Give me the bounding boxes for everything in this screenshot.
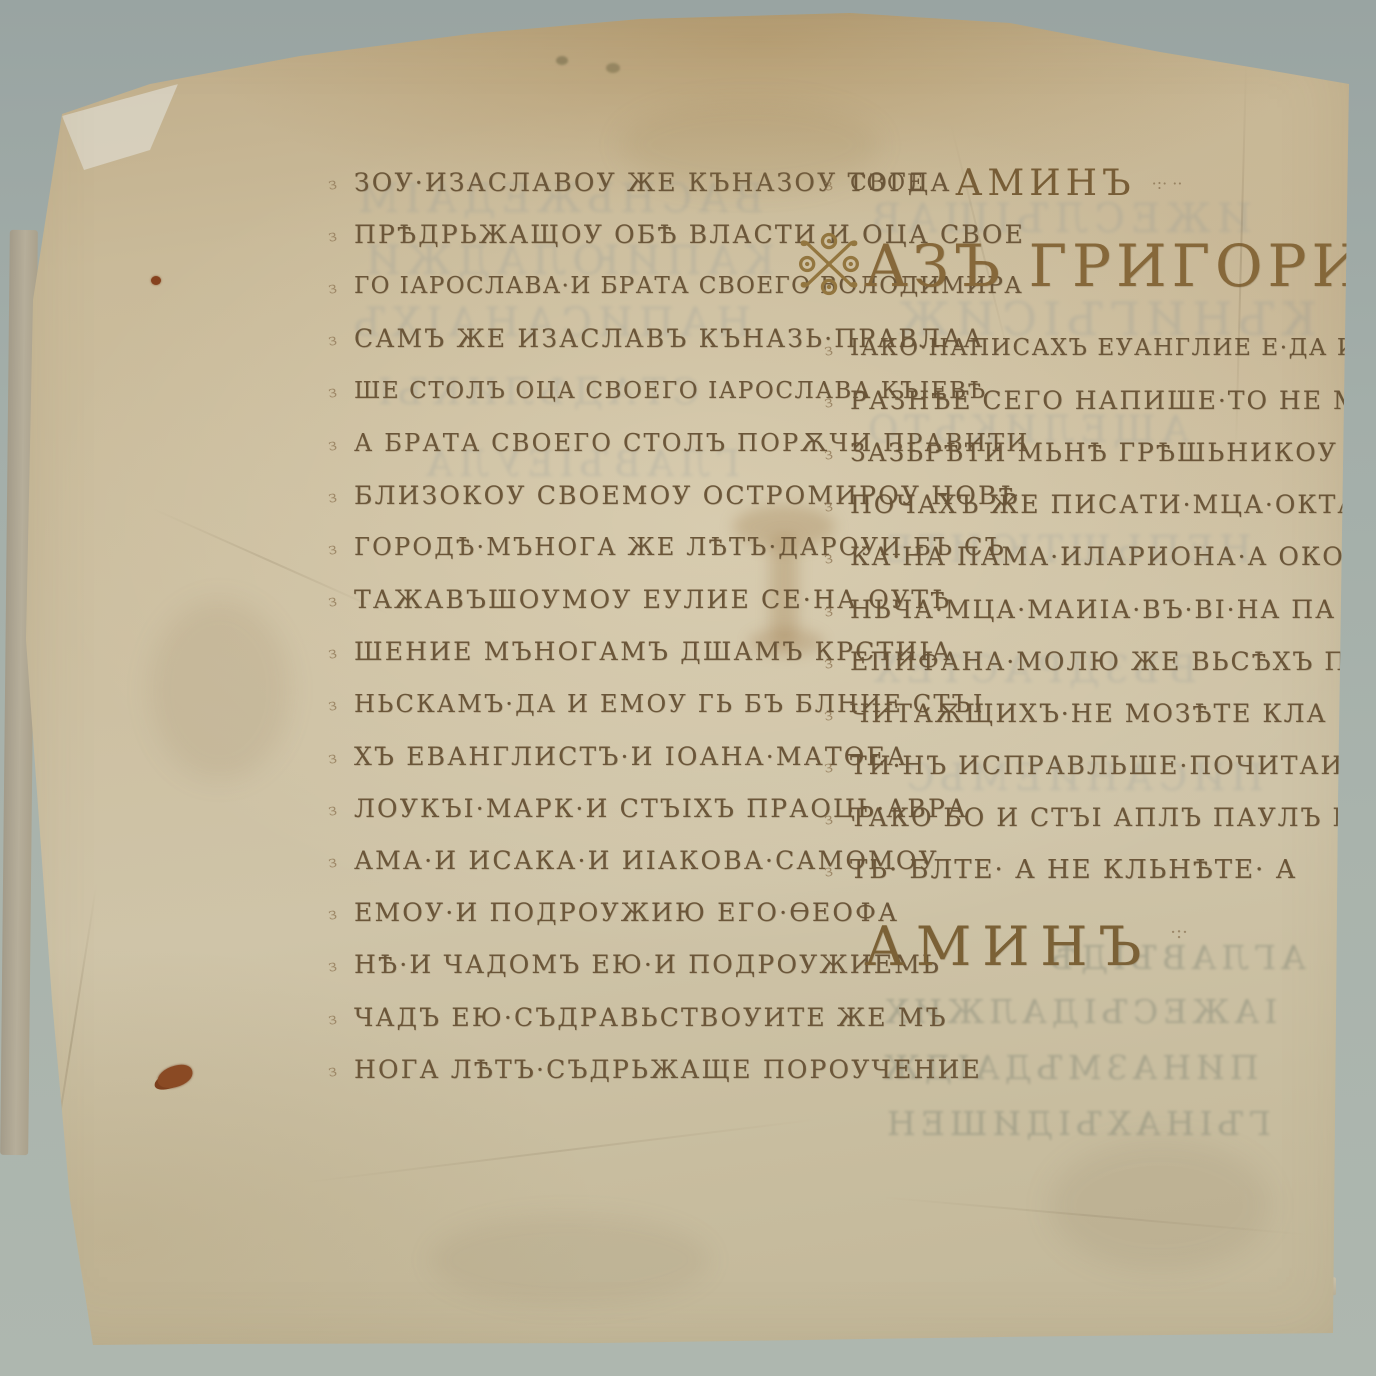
scribe-name-display-text: АЗЪ ГРИГОРИИ ДИ <box>864 232 1376 300</box>
line-marker: з <box>327 484 355 506</box>
line-marker: з <box>823 493 851 515</box>
parchment-crease <box>302 1118 818 1183</box>
red-ink-blot <box>151 276 161 285</box>
text-line: зХЪ ЕВАНГЛИСТЪ·И ІОАНА·МАТѲЕА <box>328 730 788 782</box>
line-text: ТАКО БО И СТЪІ АПЛЪ ПАУЛЪ ГЛЕ <box>850 803 1376 832</box>
text-line: зНЬЧА·МЦА·МАИІА·ВЪ·ВІ·НА ПА <box>824 583 1294 635</box>
line-marker: з <box>327 171 355 193</box>
text-line: зБЛИЗОКОУ СВОЕМОУ ОСТРОМИРОУ НОВѢ <box>328 469 788 521</box>
line-text: ЕПИФАНА·МОЛЮ ЖЕ ВЬСѢХЪ ПО <box>850 647 1371 676</box>
line-marker: з <box>327 954 355 976</box>
text-line: з СВОЕ АМИНЪ ·:· ·· <box>824 156 1294 210</box>
line-marker: з <box>823 702 851 724</box>
dotted-x-rosette-ornament <box>796 228 862 300</box>
text-line: зЛОУКЪІ·МАРК·И СТЪІХЪ ПРАОЦЬ·АВРА <box>328 782 788 834</box>
text-line: зТАКО БО И СТЪІ АПЛЪ ПАУЛЪ ГЛЕ <box>824 792 1294 844</box>
scribal-flourish: ·:· ·· <box>1152 174 1183 193</box>
text-line: зА БРАТА СВОЕГО СТОЛЪ ПОРѪЧИ ПРАВИТИ <box>328 417 788 469</box>
line-marker: з <box>327 641 355 663</box>
text-line: зТАЖАВЪШОУМОУ ЕУЛИЕ СЕ·НА ОУТѢ <box>328 574 788 626</box>
line-text: ТЬ· БЛТЕ· А НЕ КЛЬНѢТЕ· А <box>850 855 1297 885</box>
line-text: НЬЧА·МЦА·МАИІА·ВЪ·ВІ·НА ПА <box>850 595 1336 624</box>
parchment-crease <box>44 882 98 1208</box>
line-marker: з <box>823 441 851 463</box>
line-text: ЧИТАѪЩИХЪ·НЕ МОЗѢТЕ КЛА <box>850 699 1327 728</box>
show-through-text: ГЪІНАХЪІДИШЕН <box>882 1104 1271 1143</box>
line-marker: з <box>327 902 355 924</box>
red-ink-blot <box>155 1062 195 1091</box>
parchment-stain <box>430 1215 710 1305</box>
text-line: зНѢ·И ЧАДОМЪ ЕЮ·И ПОДРОУЖИЕМЬ <box>328 939 788 991</box>
line-marker: з <box>823 754 851 776</box>
text-line: зРАЗНѢЕ СЕГО НАПИШЕ·ТО НЕ МОЗИ <box>824 374 1294 426</box>
text-line: зТЬ· БЛТЕ· А НЕ КЛЬНѢТЕ· А <box>824 844 1294 896</box>
dark-spot <box>606 63 620 73</box>
text-line: зСАМЪ ЖЕ ИЗАСЛАВЪ КЪНАЗЬ·ПРАВЛАА <box>328 313 788 365</box>
line-text: КА·НА ПАМА·ИЛАРИОНА·А ОКО <box>850 542 1345 571</box>
line-text: ЗАЗЬРѢТИ МЬНѢ ГРѢШЬНИКОУ <box>850 438 1338 467</box>
scribal-flourish: ·:· <box>1170 922 1188 943</box>
line-marker: з <box>327 223 355 245</box>
manuscript-photo: ВАСНЬЖЕДАІМ КАПИЮЛАДЖИ НАПИСАНАІХЪ СТАДѢ… <box>0 0 1376 1376</box>
line-marker: з <box>327 849 355 871</box>
parchment-stain <box>1050 1140 1270 1270</box>
text-line: зТИ·НЪ ИСПРАВЛЬШЕ·ПОЧИТАИТЕ <box>824 740 1294 792</box>
parchment-corner-flap <box>62 84 192 180</box>
text-line: зЧИТАѪЩИХЪ·НЕ МОЗѢТЕ КЛА <box>824 687 1294 739</box>
line-marker: з <box>327 275 355 297</box>
line-marker: з <box>823 546 851 568</box>
line-marker: з <box>327 327 355 349</box>
amen-word: АМИНЪ <box>955 163 1136 204</box>
line-marker: з <box>327 432 355 454</box>
text-line: зКА·НА ПАМА·ИЛАРИОНА·А ОКО <box>824 531 1294 583</box>
line-marker: з <box>327 693 355 715</box>
line-text: НОГА ЛѢТЪ·СЪДРЬЖАЩЕ ПОРОУЧЕНИЕ <box>354 1055 982 1084</box>
colophon-display-line: АЗЪ ГРИГОРИИ ДИ <box>824 210 1294 322</box>
line-text: ІАКО·НАПИСАХЪ ЕУАНГЛИЕ Е·ДА ИЖЕ ГО <box>850 335 1376 361</box>
text-line: зЕПИФАНА·МОЛЮ ЖЕ ВЬСѢХЪ ПО <box>824 635 1294 687</box>
line-text: ТИ·НЪ ИСПРАВЛЬШЕ·ПОЧИТАИТЕ <box>850 751 1376 780</box>
line-marker: з <box>823 598 851 620</box>
line-text: ЕМОУ·И ПОДРОУЖИЮ ЕГО·ѲЕОФА <box>354 898 899 927</box>
line-marker: з <box>823 859 851 881</box>
line-marker: з <box>327 1006 355 1028</box>
line-marker: з <box>327 745 355 767</box>
text-line: зГО ІАРОСЛАВА·И БРАТА СВОЕГО ВОЛОДИМИРА <box>328 260 788 312</box>
parchment-stain <box>620 100 880 190</box>
right-text-column: з СВОЕ АМИНЪ ·:· ·· <box>824 156 1294 996</box>
dark-spot <box>556 56 568 65</box>
line-marker: з <box>327 1058 355 1080</box>
line-text: РАЗНѢЕ СЕГО НАПИШЕ·ТО НЕ МОЗИ <box>850 386 1376 415</box>
text-line: зЗАЗЬРѢТИ МЬНѢ ГРѢШЬНИКОУ <box>824 426 1294 478</box>
text-line: зНОГА ЛѢТЪ·СЪДРЬЖАЩЕ ПОРОУЧЕНИЕ <box>328 1043 788 1095</box>
line-marker: з <box>327 797 355 819</box>
left-text-column: зЗОУ·ИЗАСЛАВОУ ЖЕ КЪНАЗОУ ТОГДА зПРѢДРЬЖ… <box>328 156 788 1095</box>
text-line: зІАКО·НАПИСАХЪ ЕУАНГЛИЕ Е·ДА ИЖЕ ГО <box>824 322 1294 374</box>
text-line: зЕМОУ·И ПОДРОУЖИЮ ЕГО·ѲЕОФА <box>328 887 788 939</box>
line-marker: з <box>823 650 851 672</box>
line-marker: з <box>823 807 851 829</box>
text-line: зАМА·И ИСАКА·И ИІАКОВА·САМОМОУ <box>328 834 788 886</box>
text-line: зЧАДЪ ЕЮ·СЪДРАВЬСТВОУИТЕ ЖЕ МЪ <box>328 991 788 1043</box>
line-text: ЧАДЪ ЕЮ·СЪДРАВЬСТВОУИТЕ ЖЕ МЪ <box>354 1003 948 1032</box>
line-marker: з <box>823 389 851 411</box>
line-marker: з <box>327 536 355 558</box>
text-line: зПРѢДРЬЖАЩОУ ОБѢ ВЛАСТИ И ОЦА СВОЕ <box>328 208 788 260</box>
parchment-stain <box>150 600 290 780</box>
line-text: ПОЧАХЪ ЖЕ ПИСАТИ·МЦА·ОКТА <box>850 490 1358 519</box>
text-line: зГОРОДѢ·МЪНОГА ЖЕ ЛѢТЪ·ДАРОУИ БЪ СЪ <box>328 521 788 573</box>
amen-word: АМИНЪ <box>864 915 1152 978</box>
parchment-page: ВАСНЬЖЕДАІМ КАПИЮЛАДЖИ НАПИСАНАІХЪ СТАДѢ… <box>0 0 1376 1376</box>
line-text: СВОЕ <box>850 171 925 196</box>
text-line: зШЕНИЕ МЪНОГАМЪ ДШАМЪ КРСТИІА <box>328 626 788 678</box>
line-marker: з <box>823 337 851 359</box>
line-marker: з <box>327 380 355 402</box>
text-line: зШЕ СТОЛЪ ОЦА СВОЕГО ІАРОСЛАВА КЪІЕВѢ <box>328 365 788 417</box>
amen-display-line: АМИНЪ ·:· <box>824 896 1294 996</box>
text-line: зПОЧАХЪ ЖЕ ПИСАТИ·МЦА·ОКТА <box>824 479 1294 531</box>
text-line: зНЬСКАМЪ·ДА И ЕМОУ ГЬ БЪ БЛНИЕ СТЪІ <box>328 678 788 730</box>
